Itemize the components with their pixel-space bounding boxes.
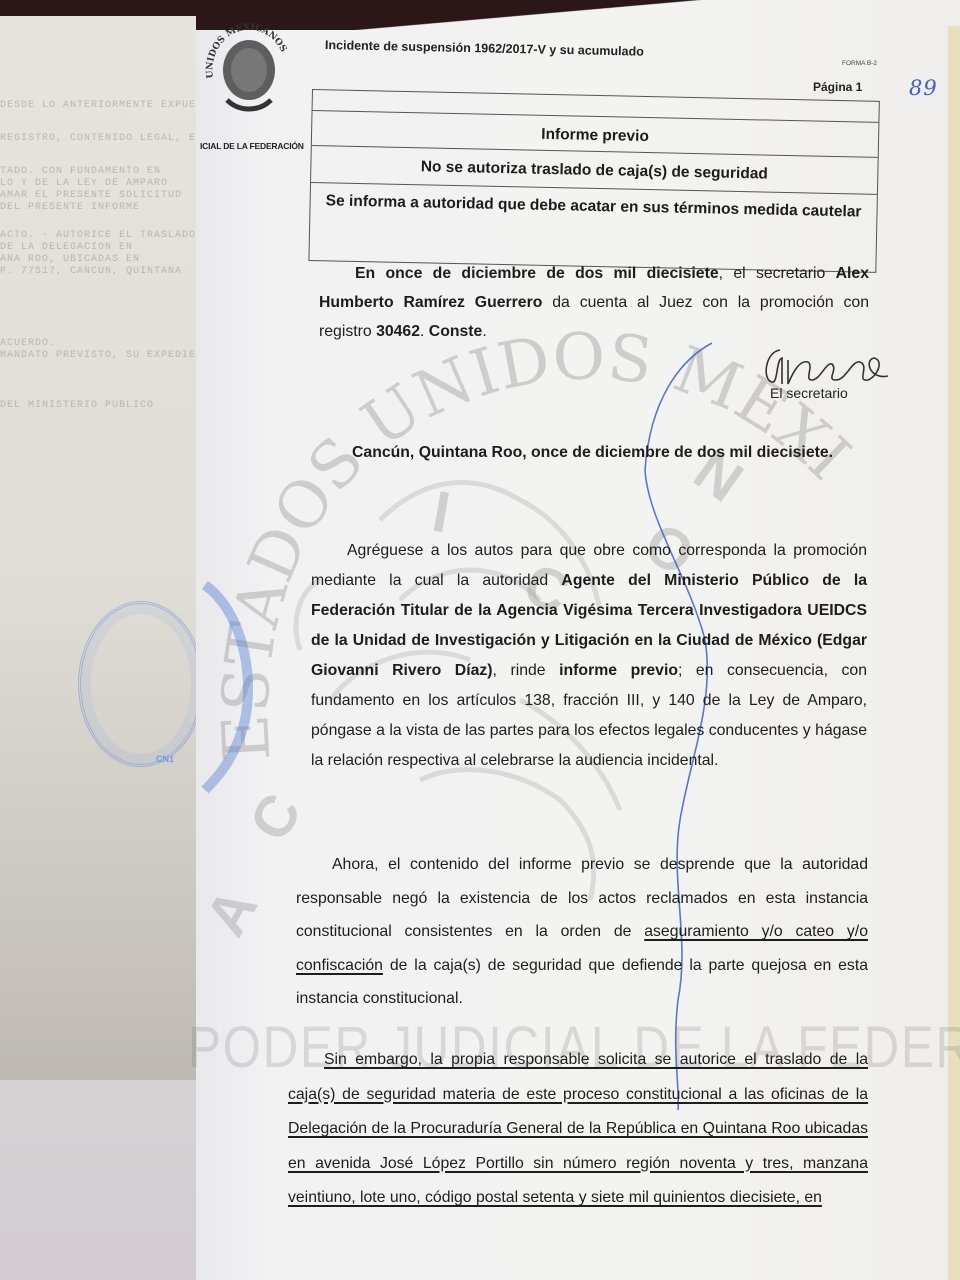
handwritten-folio-number: 89 <box>909 76 938 100</box>
ghost-line: TADO. CON FUNDAMENTO EN <box>0 166 200 177</box>
summary-box: Informe previo No se autoriza traslado d… <box>308 89 879 273</box>
handwritten-signature <box>760 340 890 390</box>
mexico-coat-of-arms-icon: UNIDOS MEXICANOS <box>205 8 291 120</box>
note-text: , el secretario <box>719 265 836 282</box>
ghost-line: ACUERDO. <box>0 338 200 349</box>
page-top-shadow <box>196 0 960 30</box>
ghost-line: ACTO. - AUTORICE EL TRASLADO <box>0 230 200 241</box>
note-text: . <box>482 323 486 340</box>
underlying-page: DESDE LO ANTERIORMENTE EXPUESTO REGISTRO… <box>0 16 215 1086</box>
paragraph-text: , rinde <box>493 662 560 679</box>
ghost-line: DE LA DELEGACION EN <box>0 242 200 253</box>
ghost-line: ANA ROO, UBICADAS EN <box>0 254 200 265</box>
conste-label: Conste <box>429 323 483 340</box>
ghost-line: LO Y DE LA LEY DE AMPARO <box>0 178 200 189</box>
ghost-line: AMAR EL PRESENTE SOLICITUD <box>0 190 200 201</box>
ghost-line: DEL MINISTERIO PUBLICO <box>0 400 200 411</box>
ghost-line: DESDE LO ANTERIORMENTE EXPUESTO <box>0 100 200 111</box>
page-edge <box>948 26 960 1280</box>
signature-label: El secretario <box>770 385 848 401</box>
ghost-line: MANDATO PREVISTO, SU EXPEDIENTE <box>0 350 200 361</box>
page-number: Página 1 <box>813 80 862 94</box>
report-type: informe previo <box>559 662 678 679</box>
registry-number: 30462 <box>376 323 420 340</box>
note-date: En once de diciembre de dos mil diecisie… <box>355 265 719 282</box>
ghost-line: DEL PRESENTE INFORME <box>0 202 200 213</box>
paragraph-report-content: Ahora, el contenido del informe previo s… <box>296 848 868 1016</box>
place-date: Cancún, Quintana Roo, once de diciembre … <box>316 440 864 466</box>
seal-caption: ICIAL DE LA FEDERACIÓN <box>200 141 304 151</box>
paragraph-transfer-request: Sin embargo, la propia responsable solic… <box>288 1043 868 1216</box>
note-text: . <box>420 323 429 340</box>
account-note: En once de diciembre de dos mil diecisie… <box>319 259 869 346</box>
official-stamp: CN1 <box>78 601 204 767</box>
transfer-request-text: Sin embargo, la propia responsable solic… <box>288 1051 868 1206</box>
paragraph-agreement: Agréguese a los autos para que obre como… <box>311 536 867 776</box>
stamp-code: CN1 <box>156 754 174 764</box>
ghost-line: REGISTRO, CONTENIDO LEGAL, EN <box>0 133 200 144</box>
underlying-page-bottom <box>0 1080 200 1280</box>
ghost-line: P. 77517, CANCUN, QUINTANA <box>0 266 200 277</box>
form-code: FORMA B-2 <box>842 60 877 67</box>
